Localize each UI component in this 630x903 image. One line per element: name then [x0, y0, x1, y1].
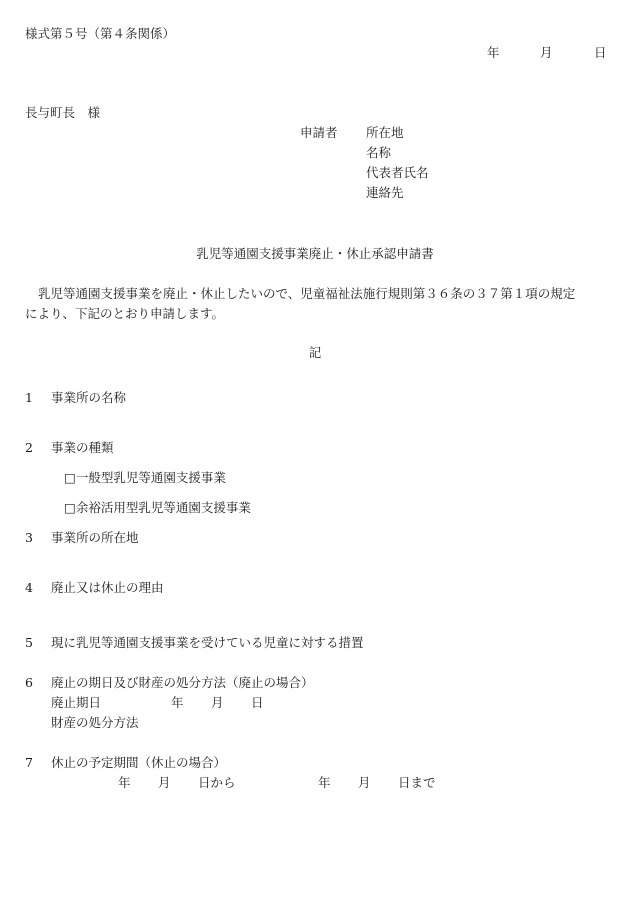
item-7-number: 7 — [25, 756, 51, 770]
item-1-number: 1 — [25, 391, 51, 405]
item-3-number: 3 — [25, 531, 51, 545]
item-5-number: 5 — [25, 636, 51, 650]
form-number: 様式第５号（第４条関係） — [25, 27, 175, 41]
suspension-to-year: 年 — [318, 776, 331, 790]
option-general-type[interactable]: □一般型乳児等通園支援事業 — [64, 471, 226, 485]
item-4: 4廃止又は休止の理由 — [25, 581, 164, 595]
option-general-type-label: 一般型乳児等通園支援事業 — [76, 470, 226, 485]
suspension-from-month: 月 — [158, 776, 171, 790]
applicant-label: 申請者 — [300, 126, 338, 140]
item-5-label: 現に乳児等通園支援事業を受けている児童に対する措置 — [51, 635, 364, 650]
applicant-representative-label: 代表者氏名 — [366, 166, 429, 180]
suspension-from-year: 年 — [118, 776, 131, 790]
property-disposal-label: 財産の処分方法 — [51, 716, 139, 730]
abolition-year-label: 年 — [171, 696, 184, 710]
abolition-date-label: 廃止期日 — [51, 696, 101, 710]
abolition-month-label: 月 — [211, 696, 224, 710]
abolition-day-label: 日 — [251, 696, 264, 710]
item-6: 6廃止の期日及び財産の処分方法（廃止の場合） — [25, 676, 314, 690]
body-line-2: により、下記のとおり申請します。 — [25, 307, 224, 321]
item-7: 7休止の予定期間（休止の場合） — [25, 756, 226, 770]
document-title: 乳児等通園支援事業廃止・休止承認申請書 — [0, 247, 630, 261]
date-year-label: 年 — [487, 46, 500, 60]
addressee: 長与町長 様 — [25, 106, 100, 120]
item-6-number: 6 — [25, 676, 51, 690]
suspension-from-day: 日から — [198, 776, 236, 790]
item-4-number: 4 — [25, 581, 51, 595]
item-2-number: 2 — [25, 441, 51, 455]
item-4-label: 廃止又は休止の理由 — [51, 580, 164, 595]
item-2-label: 事業の種類 — [51, 440, 114, 455]
item-3: 3事業所の所在地 — [25, 531, 139, 545]
option-surplus-type[interactable]: □余裕活用型乳児等通園支援事業 — [64, 501, 251, 515]
item-3-label: 事業所の所在地 — [51, 530, 139, 545]
applicant-name-label: 名称 — [366, 146, 391, 160]
item-1-label: 事業所の名称 — [51, 390, 126, 405]
checkbox-icon[interactable]: □ — [64, 500, 76, 515]
date-day-label: 日 — [594, 46, 607, 60]
suspension-to-day: 日まで — [398, 776, 436, 790]
item-6-label: 廃止の期日及び財産の処分方法（廃止の場合） — [51, 675, 314, 690]
applicant-contact-label: 連絡先 — [366, 186, 404, 200]
item-2: 2事業の種類 — [25, 441, 114, 455]
item-1: 1事業所の名称 — [25, 391, 126, 405]
item-7-label: 休止の予定期間（休止の場合） — [51, 755, 226, 770]
checkbox-icon[interactable]: □ — [64, 470, 76, 485]
item-5: 5現に乳児等通園支援事業を受けている児童に対する措置 — [25, 636, 364, 650]
date-month-label: 月 — [540, 46, 553, 60]
suspension-to-month: 月 — [358, 776, 371, 790]
option-surplus-type-label: 余裕活用型乳児等通園支援事業 — [76, 500, 251, 515]
applicant-address-label: 所在地 — [366, 126, 404, 140]
ki-heading: 記 — [0, 346, 630, 360]
body-line-1: 乳児等通園支援事業を廃止・休止したいので、児童福祉法施行規則第３６条の３７第１項… — [38, 287, 575, 301]
